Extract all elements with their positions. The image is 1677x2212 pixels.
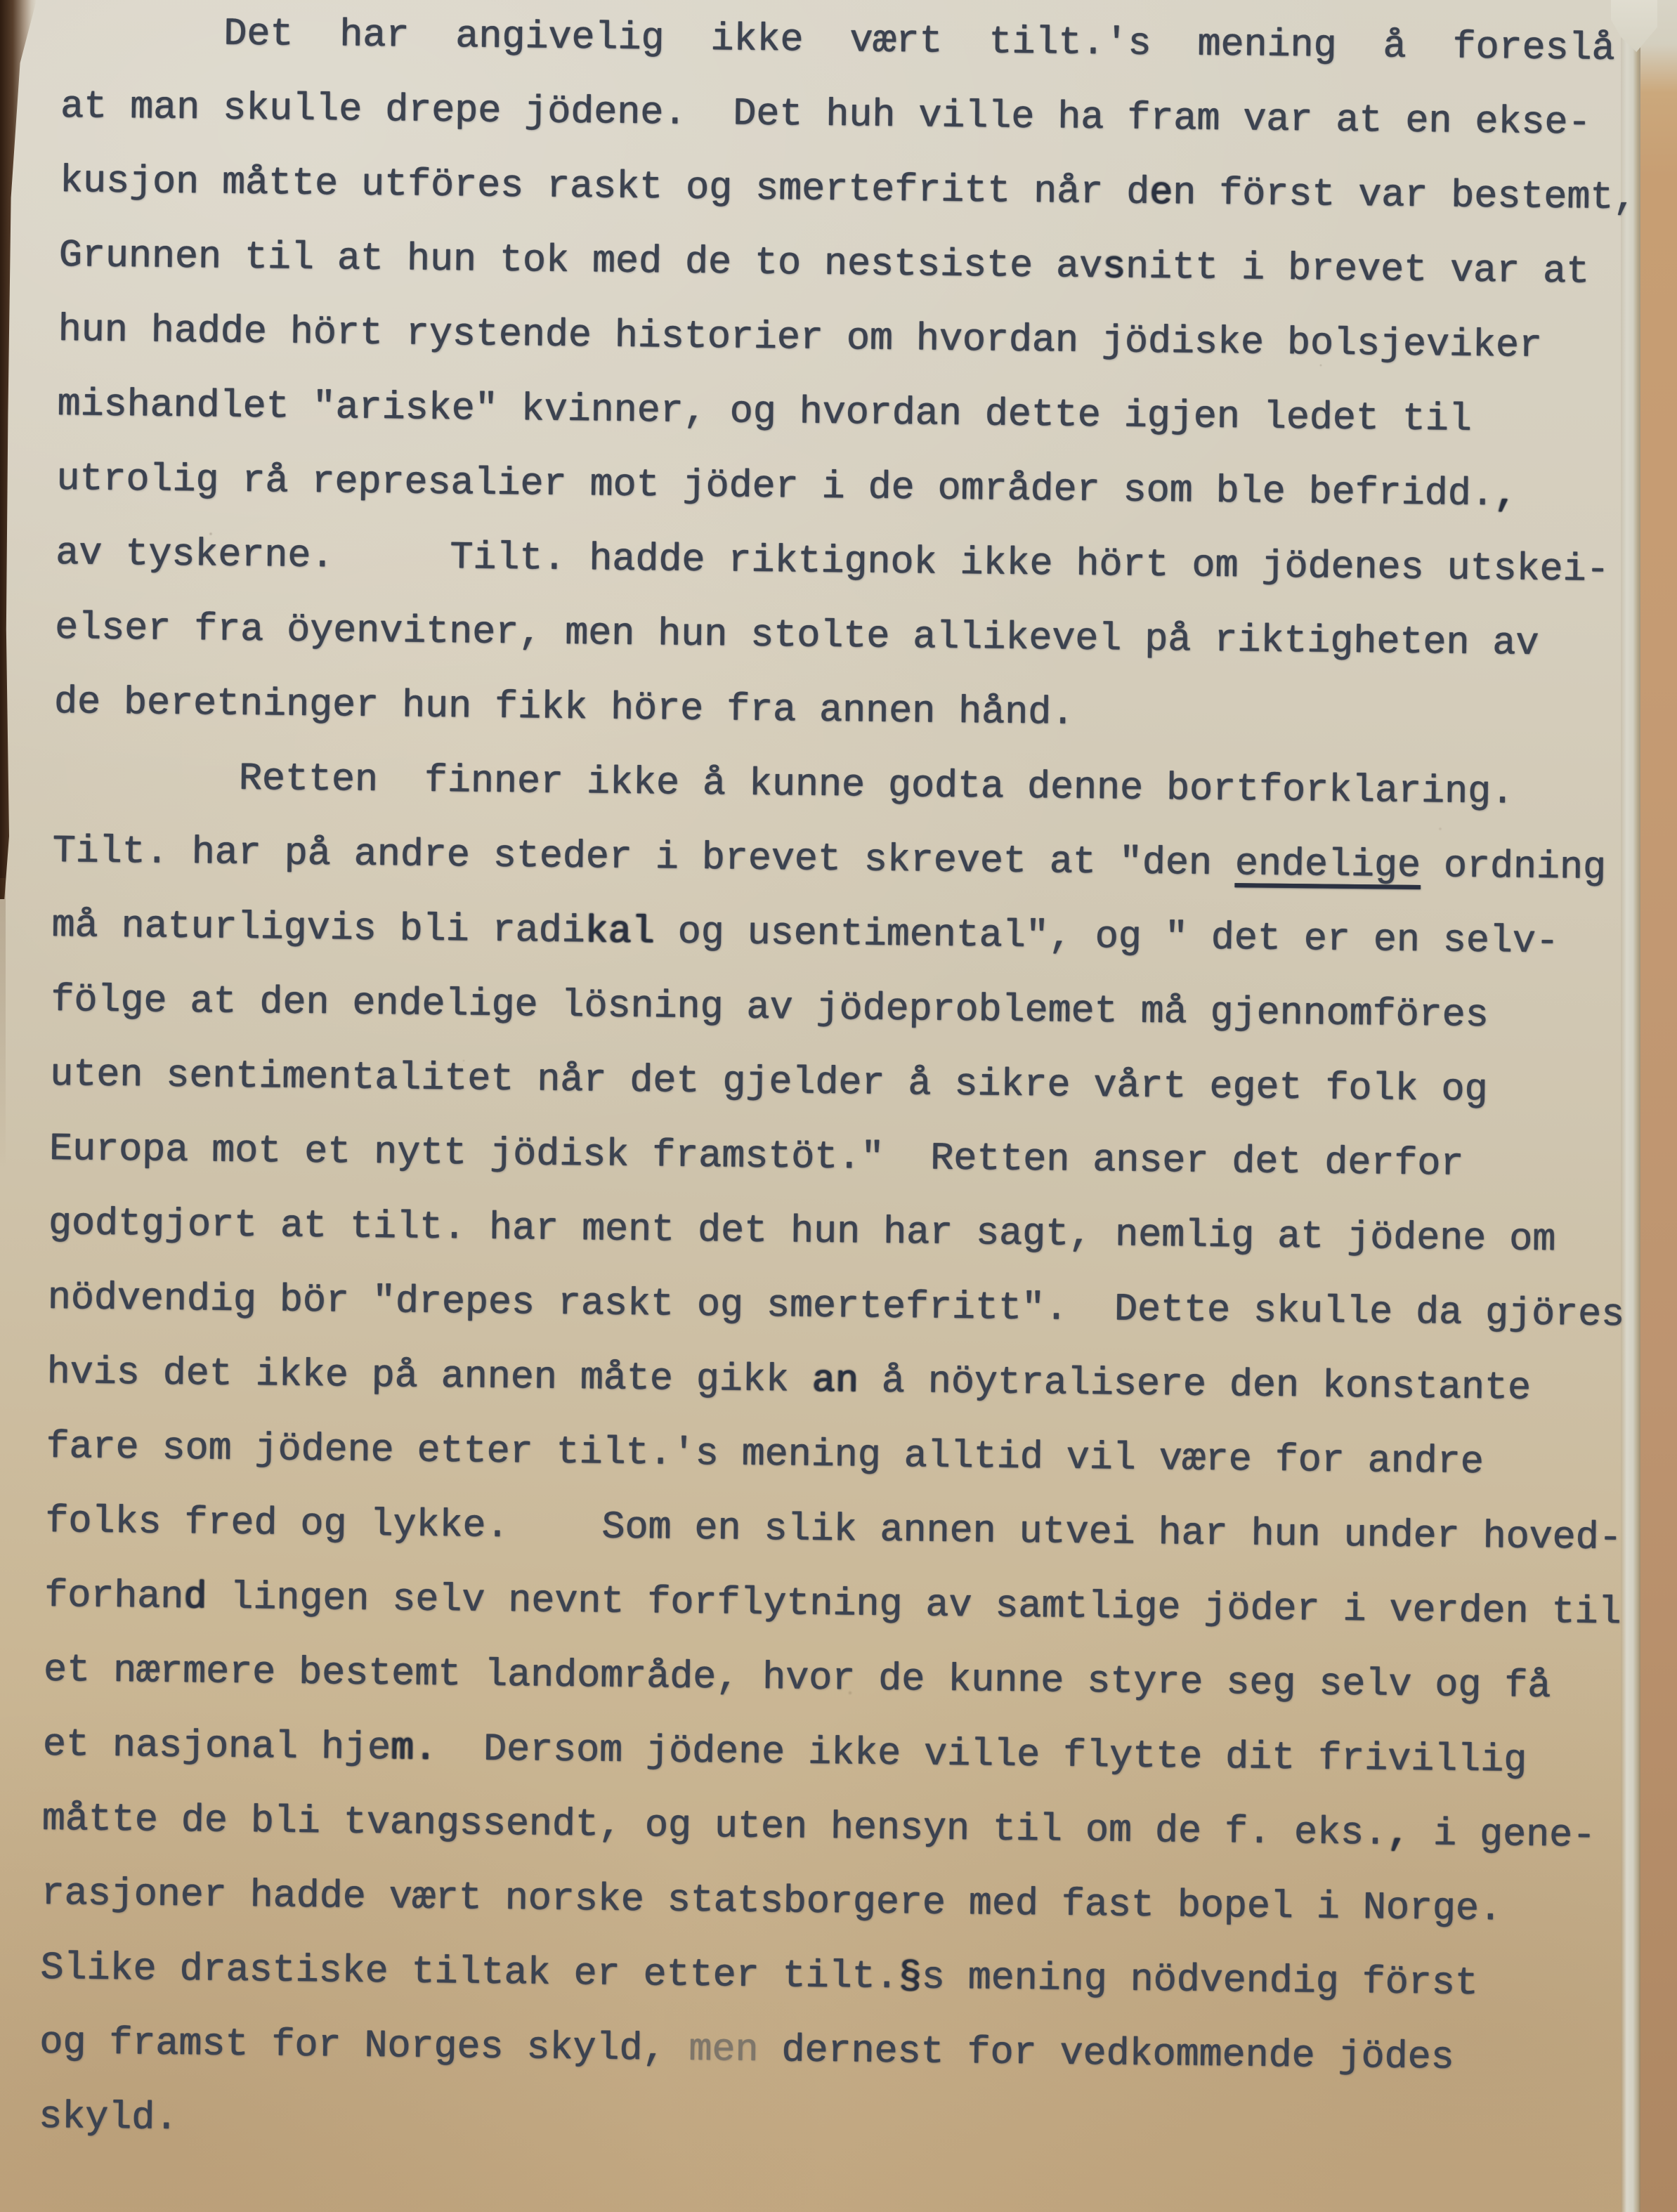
line-segment: kal (585, 909, 655, 954)
line-segment: Retten finner ikke å kunne godta denne b… (53, 754, 1515, 814)
line-segment: å nöytralisere den konstante (859, 1359, 1532, 1410)
line-segment: forhan (44, 1573, 184, 1619)
backing-sheet (1640, 0, 1677, 2212)
line-segment: nödvendig bör "drepes raskt og smertefri… (48, 1276, 1625, 1337)
line-segment: de beretninger hun fikk höre fra annen h… (54, 680, 1075, 735)
line-segment: et nasjonal hje (43, 1722, 391, 1770)
line-segment: godtgjort at tilt. har ment det hun har … (48, 1201, 1556, 1262)
line-segment: Tilt. har på andre steder i brevet skrev… (52, 829, 1235, 886)
line-segment: s mening nödvendig först (921, 1955, 1478, 2005)
line-segment: Slike drastiske tiltak er etter tilt. (40, 1946, 899, 1999)
line-segment: fare som jödene etter tilt.'s mening all… (46, 1425, 1484, 1484)
line-segment: dernest for vedkommende jödes (758, 2028, 1454, 2080)
line-segment: mishandlet "ariske" kvinner, og hvordan … (57, 382, 1472, 442)
line-segment: fölge at den endelige lösning av jödepro… (51, 978, 1489, 1038)
line-segment: og framst for Norges skyld, (39, 2020, 689, 2072)
line-segment: av tyskerne. Tilt. hadde riktignok ikke … (56, 531, 1610, 592)
line-segment: i gene- (1410, 1812, 1596, 1858)
line-segment: men (689, 2027, 759, 2072)
line-segment: hvis det ikke på annen måte gikk (46, 1350, 812, 1403)
line-segment: lingen selv nevnt forflytning av samtlig… (207, 1575, 1621, 1635)
line-segment: rasjoner hadde vært norske statsborgere … (41, 1871, 1502, 1931)
line-segment: utrolig rå represalier mot jöder i de om… (56, 457, 1494, 516)
line-segment: uten sentimentalitet når det gjelder å s… (50, 1052, 1488, 1112)
line-segment: e (1149, 171, 1173, 215)
line-segment: m. (391, 1726, 438, 1771)
line-segment: an (812, 1359, 859, 1403)
line-segment: måtte de bli tvangssendt, og uten hensyn… (42, 1797, 1388, 1856)
line-segment: elser fra öyenvitner, men hun stolte all… (55, 606, 1539, 666)
line-segment: ordning (1421, 844, 1607, 890)
line-segment: § (898, 1955, 922, 1999)
line-segment: d (183, 1575, 207, 1619)
document-page: Det har angivelig ikke vært tilt.'s meni… (0, 0, 1677, 2212)
line-segment: et nærmere bestemt landområde, hvor de k… (44, 1648, 1551, 1708)
line-segment: hun hadde hört rystende historier om hvo… (58, 308, 1542, 368)
line-segment: at man skulle drepe jödene. Det huh vill… (60, 84, 1591, 145)
line-segment: Det har angivelig ikke vært tilt.'s meni… (61, 10, 1615, 71)
line-segment: skyld. (39, 2095, 178, 2140)
line-segment: Grunnen til at hun tok med de to nestsis… (59, 233, 1103, 289)
line-segment: kusjon måtte utföres raskt og smertefrit… (60, 159, 1150, 215)
line-segment: og usentimental", og " det er en selv- (654, 910, 1559, 964)
line-segment: , (1387, 1812, 1411, 1856)
line-segment: , (1494, 472, 1518, 516)
underlined-word: endelige (1235, 842, 1421, 888)
text-layer: Det har angivelig ikke vært tilt.'s meni… (0, 0, 1649, 2171)
line-segment: s (1102, 244, 1126, 289)
line-segment: Europa mot et nytt jödisk framstöt." Ret… (49, 1127, 1464, 1186)
line-segment: nitt i brevet var at (1125, 244, 1590, 294)
line-segment: n först var bestemt, (1173, 171, 1637, 220)
line-segment: må naturligvis bli radi (51, 903, 585, 953)
line-segment: Dersom jödene ikke ville flytte dit friv… (437, 1727, 1527, 1783)
line-segment: folks fred og lykke. Som en slik annen u… (45, 1499, 1622, 1560)
